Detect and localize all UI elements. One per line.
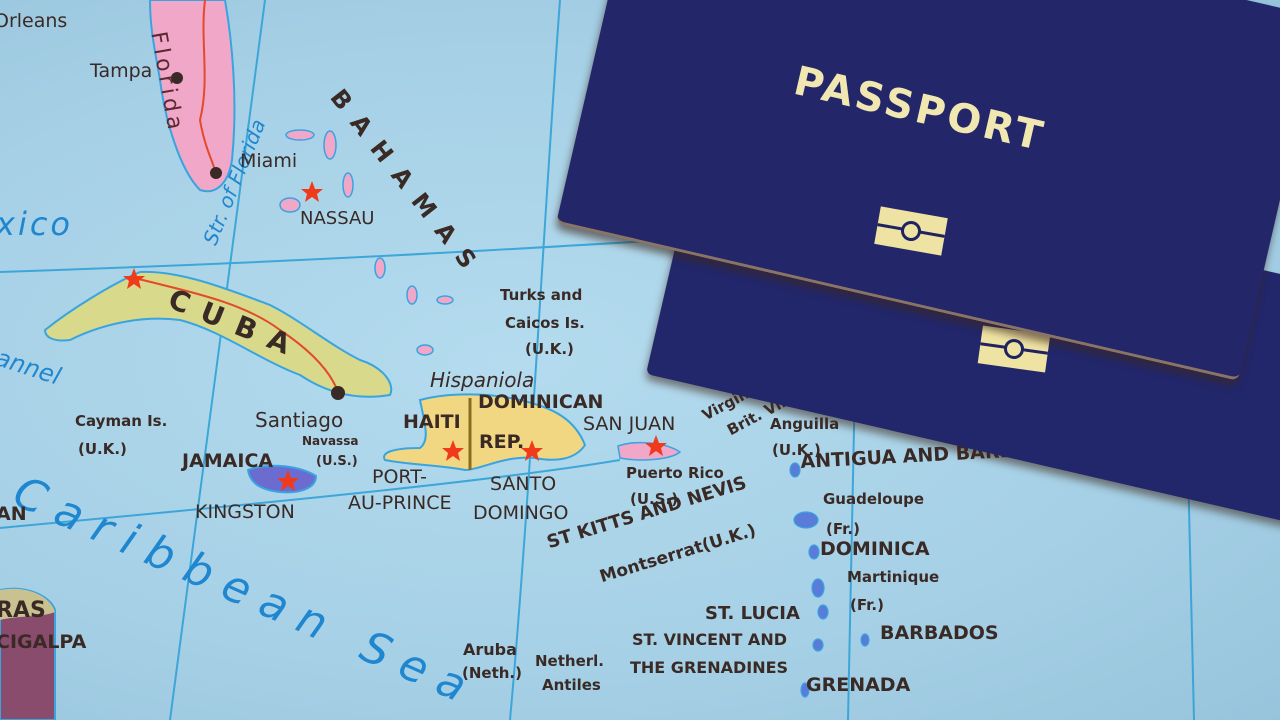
- guadeloupe-label-1: Guadeloupe: [823, 492, 924, 507]
- left-edge-label: AN: [0, 505, 27, 524]
- santo-domingo-label-2: DOMINGO: [473, 504, 568, 523]
- santiago-label: Santiago: [255, 410, 343, 430]
- st-lucia-label: ST. LUCIA: [705, 605, 800, 623]
- dominica-label: DOMINICA: [820, 540, 930, 559]
- navassa-label-1: Navassa: [302, 435, 358, 447]
- tegucigalpa-label: CIGALPA: [0, 633, 86, 652]
- turks-caicos-label-2: Caicos Is.: [505, 316, 585, 331]
- aruba-label-1: Aruba: [463, 642, 517, 658]
- turks-caicos-label-3: (U.K.): [525, 342, 574, 357]
- grenada-label: GRENADA: [806, 676, 910, 695]
- martinique-label-2: (Fr.): [850, 598, 884, 613]
- dominican-rep-label-2: REP.: [479, 433, 524, 452]
- netherlands-antilles-label-1: Netherl.: [535, 654, 604, 669]
- guadeloupe-label-2: (Fr.): [826, 522, 860, 537]
- martinique-label-1: Martinique: [847, 570, 939, 585]
- barbados-label: BARBADOS: [880, 624, 999, 643]
- puerto-rico-label-1: Puerto Rico: [626, 466, 724, 481]
- turks-caicos-label-1: Turks and: [500, 288, 582, 303]
- haiti-label: HAITI: [403, 413, 461, 432]
- photo-scene: xico Str. of Florida annel Caribbean Sea…: [0, 0, 1280, 720]
- port-au-prince-label-2: AU-PRINCE: [348, 494, 452, 513]
- dominican-rep-label-1: DOMINICAN: [478, 393, 603, 412]
- cayman-label-1: Cayman Is.: [75, 414, 167, 429]
- gulf-of-mexico-label: xico: [0, 208, 73, 240]
- st-vincent-label-1: ST. VINCENT AND: [632, 632, 787, 648]
- jamaica-label: JAMAICA: [182, 452, 273, 471]
- tampa-label: Tampa: [90, 62, 152, 81]
- aruba-label-2: (Neth.): [462, 666, 522, 681]
- star-icon: [301, 181, 323, 202]
- honduras-label: RAS: [0, 600, 46, 622]
- hispaniola-label: Hispaniola: [430, 370, 534, 390]
- netherlands-antilles-label-2: Antiles: [542, 678, 601, 693]
- miami-label: Miami: [240, 152, 297, 171]
- navassa-label-2: (U.S.): [316, 455, 358, 468]
- anguilla-label-1: Anguilla: [770, 417, 839, 432]
- cayman-label-2: (U.K.): [78, 442, 127, 457]
- nassau-label: NASSAU: [300, 210, 374, 228]
- new-orleans-label: Orleans: [0, 12, 67, 31]
- san-juan-label: SAN JUAN: [583, 415, 675, 434]
- kingston-label: KINGSTON: [195, 503, 295, 522]
- port-au-prince-label-1: PORT-: [372, 468, 427, 487]
- st-vincent-label-2: THE GRENADINES: [630, 660, 788, 676]
- santo-domingo-label-1: SANTO: [490, 475, 556, 494]
